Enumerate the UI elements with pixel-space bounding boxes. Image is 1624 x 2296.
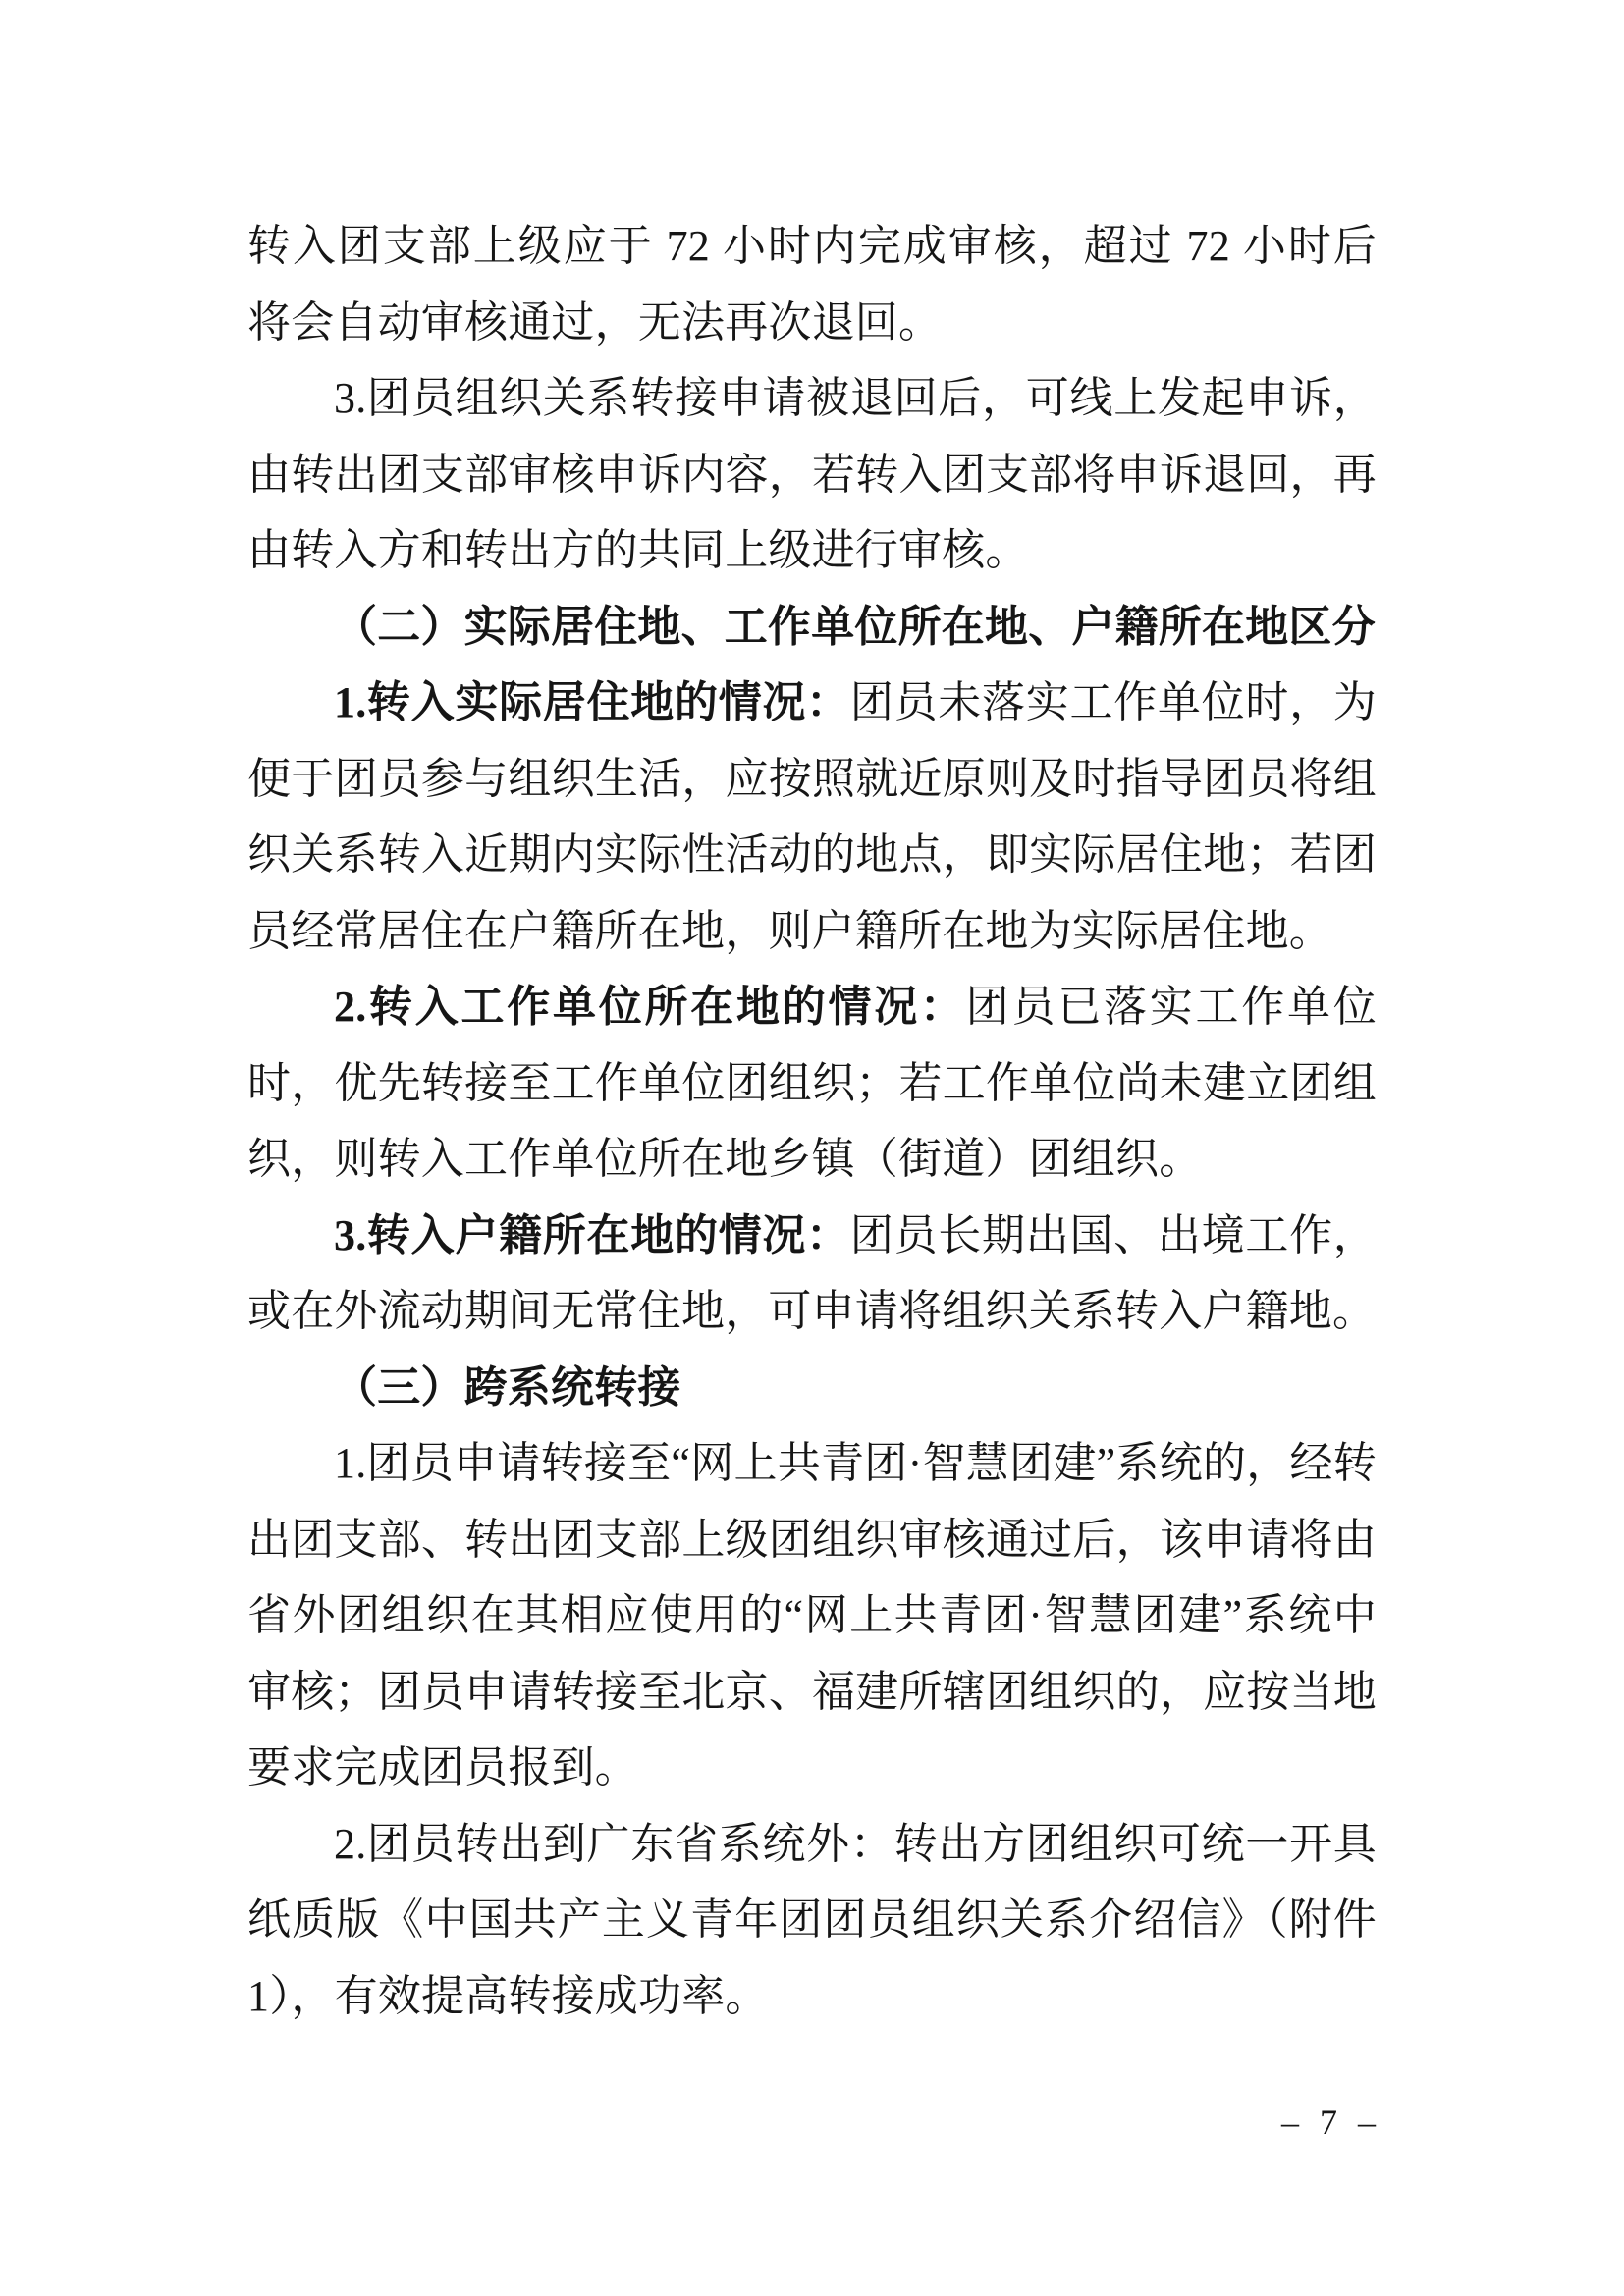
paragraph-transfer-out-of-guangdong: 2.团员转出到广东省系统外：转出方团组织可统一开具纸质版《中国共产主义青年团团员… xyxy=(247,1806,1377,2035)
paragraph-actual-residence: 1.转入实际居住地的情况：团员未落实工作单位时，为便于团员参与组织生活，应按照就… xyxy=(247,665,1377,969)
paragraph-continuation-review-timeout: 转入团支部上级应于 72 小时内完成审核，超过 72 小时后将会自动审核通过，无… xyxy=(247,208,1377,360)
bold-text-run: （三）跨系统转接 xyxy=(334,1363,681,1412)
paragraph-household-registration: 3.转入户籍所在地的情况：团员长期出国、出境工作，或在外流动期间无常住地，可申请… xyxy=(247,1198,1377,1350)
page-number: – 7 – xyxy=(1281,2101,1381,2144)
document-page: 转入团支部上级应于 72 小时内完成审核，超过 72 小时后将会自动审核通过，无… xyxy=(0,0,1624,2296)
paragraph-appeal-process: 3.团员组织关系转接申请被退回后，可线上发起申诉，由转出团支部审核申诉内容，若转… xyxy=(247,360,1377,589)
bold-text-run: 3.转入户籍所在地的情况： xyxy=(334,1211,850,1259)
bold-text-run: 1.转入实际居住地的情况： xyxy=(334,678,850,726)
bold-text-run: 2.转入工作单位所在地的情况： xyxy=(334,983,966,1031)
text-run: 转入团支部上级应于 72 小时内完成审核，超过 72 小时后将会自动审核通过，无… xyxy=(247,222,1377,347)
heading-section-3: （三）跨系统转接 xyxy=(247,1350,1377,1426)
document-body: 转入团支部上级应于 72 小时内完成审核，超过 72 小时后将会自动审核通过，无… xyxy=(247,208,1377,2034)
paragraph-work-unit-location: 2.转入工作单位所在地的情况：团员已落实工作单位时，优先转接至工作单位团组织；若… xyxy=(247,969,1377,1198)
bold-text-run: （二）实际居住地、工作单位所在地、户籍所在地区分 xyxy=(334,603,1376,651)
paragraph-cross-system-transfer-in: 1.团员申请转接至“网上共青团·智慧团建”系统的，经转出团支部、转出团支部上级团… xyxy=(247,1425,1377,1806)
text-run: 3.团员组织关系转接申请被退回后，可线上发起申诉，由转出团支部审核申诉内容，若转… xyxy=(247,374,1377,574)
text-run: 2.团员转出到广东省系统外：转出方团组织可统一开具纸质版《中国共产主义青年团团员… xyxy=(247,1820,1377,2020)
heading-section-2: （二）实际居住地、工作单位所在地、户籍所在地区分 xyxy=(247,589,1377,666)
text-run: 1.团员申请转接至“网上共青团·智慧团建”系统的，经转出团支部、转出团支部上级团… xyxy=(247,1439,1377,1791)
